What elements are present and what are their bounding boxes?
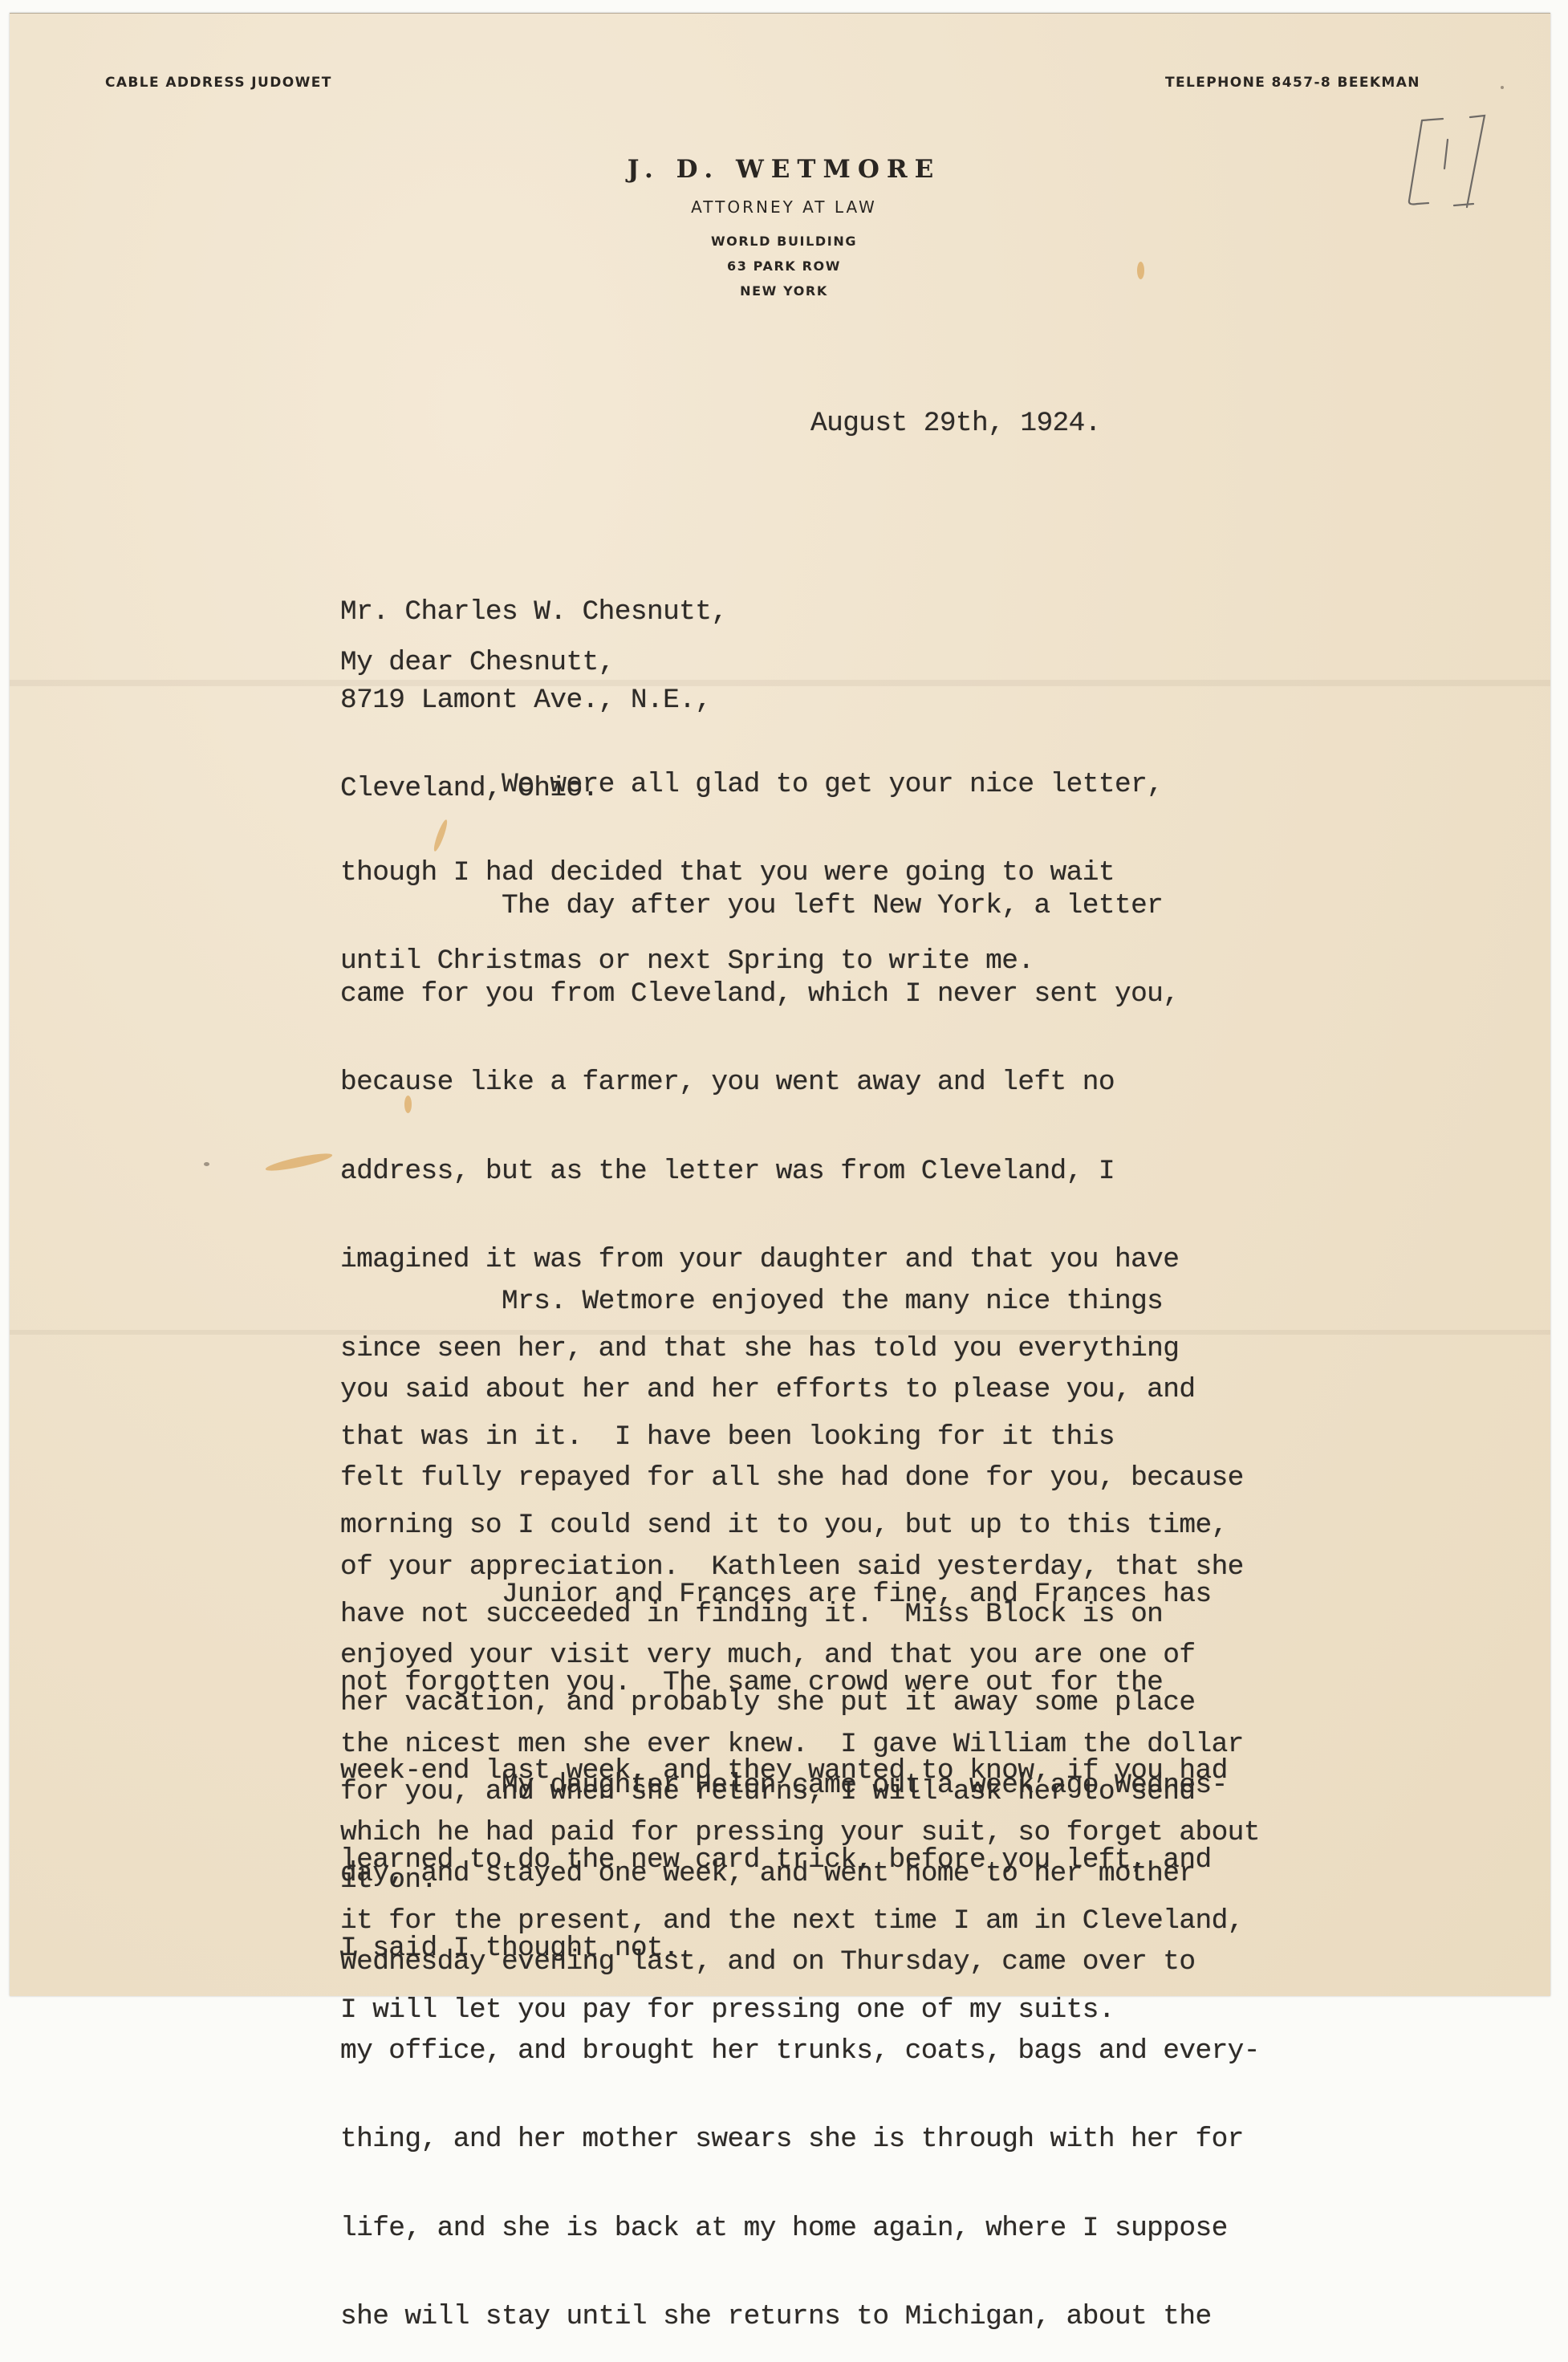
paragraph-line: felt fully repayed for all she had done … (340, 1464, 1260, 1494)
paragraph-line: not forgotten you. The same crowd were o… (340, 1669, 1228, 1698)
pencil-page-number-mark (1380, 112, 1493, 217)
paragraph-line: The day after you left New York, a lette… (340, 892, 1228, 921)
paragraph-line: you said about her and her efforts to pl… (340, 1376, 1260, 1405)
telephone-number: TELEPHONE 8457-8 BEEKMAN (1165, 75, 1420, 91)
paragraph-line: came for you from Cleveland, which I nev… (340, 980, 1228, 1010)
paragraph-line: Wednesday evening last, and on Thursday,… (340, 1948, 1260, 1978)
letter-date: August 29th, 1924. (810, 409, 1101, 439)
paper-fold-crease (10, 680, 1550, 686)
paragraph-line: address, but as the letter was from Clev… (340, 1157, 1228, 1187)
paragraph-line: Mrs. Wetmore enjoyed the many nice thing… (340, 1287, 1260, 1317)
paper-stain (1137, 262, 1144, 279)
paragraph-line: because like a farmer, you went away and… (340, 1068, 1228, 1098)
paragraph-line: day, and stayed one week, and went home … (340, 1860, 1260, 1889)
letterhead-title: ATTORNEY AT LAW (0, 197, 1568, 217)
paragraph-line: Junior and Frances are fine, and Frances… (340, 1580, 1228, 1610)
paragraph-line: My daughter Helen came out a week ago We… (340, 1771, 1260, 1801)
paper-speck (204, 1162, 209, 1166)
paper-stain (404, 1096, 412, 1113)
paper-speck (1501, 86, 1504, 89)
letterhead-address-line: WORLD BUILDING (0, 234, 1568, 249)
letterhead-name: J. D. WETMORE (0, 155, 1568, 184)
letterhead-address-line: 63 PARK ROW (0, 258, 1568, 274)
salutation: My dear Chesnutt, (340, 648, 615, 678)
recipient-address-line: Mr. Charles W. Chesnutt, (340, 598, 727, 628)
body-paragraph: My daughter Helen came out a week ago We… (340, 1712, 1260, 2006)
letterhead-address-line: NEW YORK (0, 283, 1568, 299)
cable-address: CABLE ADDRESS JUDOWET (105, 75, 332, 91)
paragraph-line: We were all glad to get your nice letter… (340, 770, 1163, 800)
